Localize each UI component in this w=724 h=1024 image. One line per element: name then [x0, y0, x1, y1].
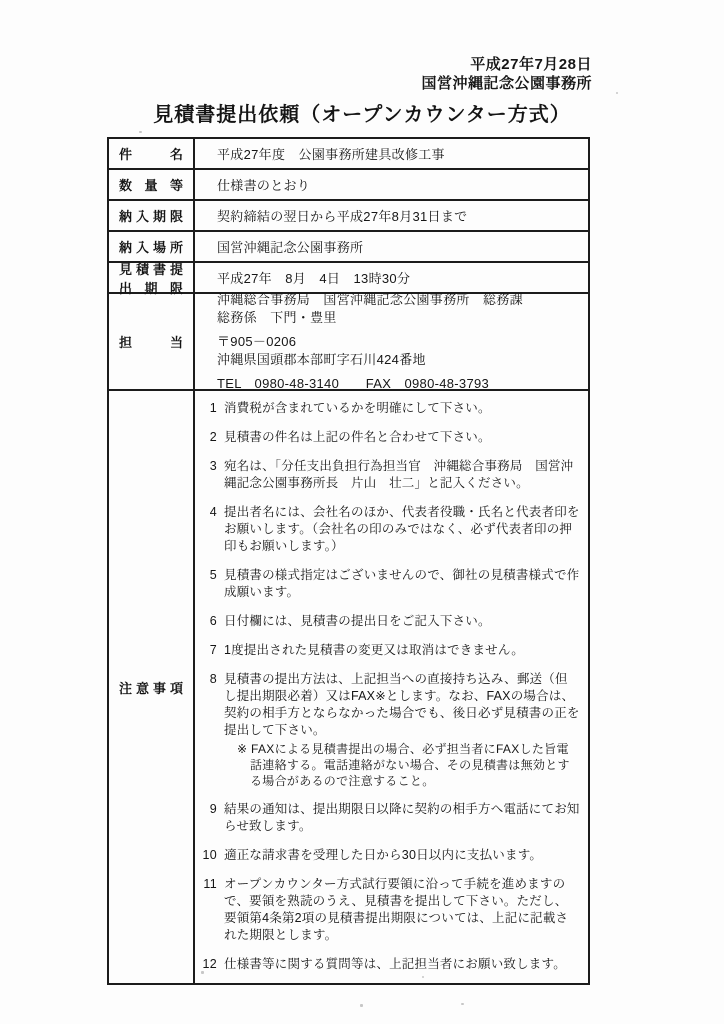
note-number: 2 [199, 429, 217, 446]
note-text: 見積書の提出方法は、上記担当への直接持ち込み、郵送（但し提出期限必着）又はFAX… [224, 671, 580, 739]
row-label-text: 数量等 [119, 175, 183, 194]
table-row-quote-deadline: 見積書提出期限 平成27年 8月 4日 13時30分 [109, 263, 588, 294]
note-text: オープンカウンター方式試行要領に沿って手続を進めますので、要領を熟読のうえ、見積… [224, 876, 580, 944]
note-text: 見積書の様式指定はございませんので、御社の見積書様式で作成願います。 [224, 567, 580, 601]
page-title: 見積書提出依頼（オープンカウンター方式） [0, 98, 724, 127]
contact-postal-code: 〒905－0206 [217, 333, 578, 351]
table-row-delivery-deadline: 納入期限 契約締結の翌日から平成27年8月31日まで [109, 201, 588, 232]
table-row-subject: 件名 平成27年度 公園事務所建具改修工事 [109, 139, 588, 170]
row-label-text: 納入場所 [119, 237, 183, 256]
note-number: 4 [199, 504, 217, 555]
note-item-11: 11 オープンカウンター方式試行要領に沿って手続を進めますので、要領を熟読のうえ… [199, 876, 580, 944]
note-number: 10 [199, 847, 217, 864]
note-text: 結果の通知は、提出期限日以降に契約の相手方へ電話にてお知らせ致します。 [224, 801, 580, 835]
table-row-notes: 注意事項 1 消費税が含まれているかを明確にして下さい。 2 見積書の件名は上記… [109, 391, 588, 983]
note-item-4: 4 提出者名には、会社名のほか、代表者役職・氏名と代表者印をお願いします。（会社… [199, 504, 580, 555]
note-text: 日付欄には、見積書の提出日をご記入下さい。 [224, 613, 580, 630]
contact-details: 沖縄総合事務局 国営沖縄記念公園事務所 総務課 総務係 下門・豊里 〒905－0… [195, 294, 588, 389]
scan-speck [360, 1004, 363, 1007]
scanned-document-page: 平成27年7月28日 国営沖縄記念公園事務所 見積書提出依頼（オープンカウンター… [0, 0, 724, 1024]
note-item-5: 5 見積書の様式指定はございませんので、御社の見積書様式で作成願います。 [199, 567, 580, 601]
note-item-2: 2 見積書の件名は上記の件名と合わせて下さい。 [199, 429, 580, 446]
note-number: 6 [199, 613, 217, 630]
contact-department: 沖縄総合事務局 国営沖縄記念公園事務所 総務課 総務係 下門・豊里 [217, 291, 578, 327]
row-value: 契約締結の翌日から平成27年8月31日まで [195, 201, 588, 230]
note-item-7: 7 1度提出された見積書の変更又は取消はできません。 [199, 642, 580, 659]
scan-speck [616, 92, 618, 94]
note-number: 1 [199, 400, 217, 417]
note-number: 3 [199, 458, 217, 492]
note-item-3: 3 宛名は、「分任支出負担行為担当官 沖縄総合事務局 国営沖縄記念公園事務所長 … [199, 458, 580, 492]
row-value: 仕様書のとおり [195, 170, 588, 199]
note-text: 提出者名には、会社名のほか、代表者役職・氏名と代表者印をお願いします。（会社名の… [224, 504, 580, 555]
row-label-text: 注意事項 [119, 678, 183, 697]
scan-speck [422, 976, 424, 978]
contact-tel-fax: TEL 0980-48-3140 FAX 0980-48-3793 [217, 375, 578, 393]
row-label: 納入期限 [109, 201, 195, 230]
note-item-10: 10 適正な請求書を受理した日から30日以内に支払います。 [199, 847, 580, 864]
row-value: 平成27年 8月 4日 13時30分 [195, 263, 588, 292]
note-text: 宛名は、「分任支出負担行為担当官 沖縄総合事務局 国営沖縄記念公園事務所長 片山… [224, 458, 580, 492]
row-label: 注意事項 [109, 391, 195, 983]
note-item-1: 1 消費税が含まれているかを明確にして下さい。 [199, 400, 580, 417]
row-label-text: 見積書提出期限 [119, 259, 183, 297]
issuing-organization: 国営沖縄記念公園事務所 [421, 74, 592, 93]
note-number: 9 [199, 801, 217, 835]
row-label-text: 担当 [119, 332, 183, 351]
row-value: 国営沖縄記念公園事務所 [195, 232, 588, 261]
document-header: 平成27年7月28日 国営沖縄記念公園事務所 [421, 55, 592, 93]
scan-speck [461, 1003, 464, 1005]
table-row-quantity: 数量等 仕様書のとおり [109, 170, 588, 201]
row-label: 数量等 [109, 170, 195, 199]
row-label-text: 納入期限 [119, 206, 183, 225]
note-item-8: 8 見積書の提出方法は、上記担当への直接持ち込み、郵送（但し提出期限必着）又はF… [199, 671, 580, 789]
contact-address-block: 〒905－0206 沖縄県国頭郡本部町字石川424番地 [217, 333, 578, 369]
row-value: 平成27年度 公園事務所建具改修工事 [195, 139, 588, 168]
row-label: 見積書提出期限 [109, 263, 195, 292]
note-number: 8 [199, 671, 217, 789]
note-item-12: 12 仕様書等に関する質問等は、上記担当者にお願い致します。 [199, 956, 580, 973]
note-text: 消費税が含まれているかを明確にして下さい。 [224, 400, 580, 417]
note-item-6: 6 日付欄には、見積書の提出日をご記入下さい。 [199, 613, 580, 630]
row-label: 件名 [109, 139, 195, 168]
scan-speck [201, 971, 204, 974]
table-row-contact: 担当 沖縄総合事務局 国営沖縄記念公園事務所 総務課 総務係 下門・豊里 〒90… [109, 294, 588, 391]
note-number: 11 [199, 876, 217, 944]
document-date: 平成27年7月28日 [421, 55, 592, 74]
note-number: 7 [199, 642, 217, 659]
scan-speck [139, 131, 142, 133]
note-text: 見積書の件名は上記の件名と合わせて下さい。 [224, 429, 580, 446]
row-label: 担当 [109, 294, 195, 389]
notes-list: 1 消費税が含まれているかを明確にして下さい。 2 見積書の件名は上記の件名と合… [195, 391, 588, 983]
contact-dept-line1: 沖縄総合事務局 国営沖縄記念公園事務所 総務課 [217, 291, 578, 309]
note-number: 5 [199, 567, 217, 601]
note-text: 適正な請求書を受理した日から30日以内に支払います。 [224, 847, 580, 864]
note-text: 1度提出された見積書の変更又は取消はできません。 [224, 642, 580, 659]
request-form-table: 件名 平成27年度 公園事務所建具改修工事 数量等 仕様書のとおり 納入期限 契… [107, 137, 590, 985]
contact-address: 沖縄県国頭郡本部町字石川424番地 [217, 351, 578, 369]
note-text: 仕様書等に関する質問等は、上記担当者にお願い致します。 [224, 956, 580, 973]
contact-dept-line2: 総務係 下門・豊里 [217, 309, 578, 327]
row-label: 納入場所 [109, 232, 195, 261]
note-subnote: ※ FAXによる見積書提出の場合、必ず担当者にFAXした旨電話連絡する。電話連絡… [224, 741, 580, 789]
note-item-9: 9 結果の通知は、提出期限日以降に契約の相手方へ電話にてお知らせ致します。 [199, 801, 580, 835]
row-label-text: 件名 [119, 144, 183, 163]
